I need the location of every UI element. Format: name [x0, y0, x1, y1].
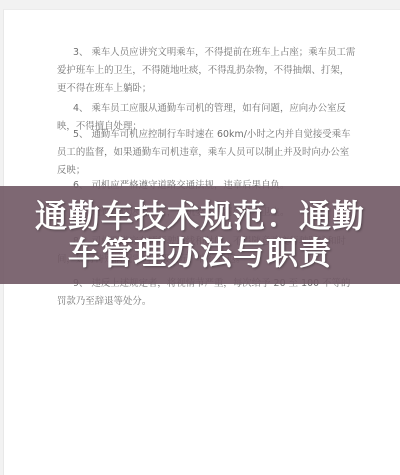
overlay-title: 通勤车技术规范：通勤 车管理办法与职责 — [0, 198, 400, 272]
paragraph-text: 通勤车司机应控制行车时速在 60km/小时之内并自觉接受乘车员工的监督，如果通勤… — [57, 129, 351, 176]
document-viewer: 3、乘车人员应讲究文明乘车，不得提前在班车上占座；乘车员工需爱护班车上的卫生，不… — [0, 0, 400, 475]
paragraph-number: 5、 — [73, 129, 88, 140]
paragraph-number: 3、 — [73, 47, 88, 58]
overlay-title-line-2: 车管理办法与职责 — [0, 235, 400, 272]
title-overlay-banner: 通勤车技术规范：通勤 车管理办法与职责 — [0, 186, 400, 284]
paragraph-5: 5、通勤车司机应控制行车时速在 60km/小时之内并自觉接受乘车员工的监督，如果… — [57, 126, 357, 180]
paragraph-text: 乘车人员应讲究文明乘车，不得提前在班车上占座；乘车员工需爱护班车上的卫生，不得随… — [57, 47, 355, 94]
paragraph-3: 3、乘车人员应讲究文明乘车，不得提前在班车上占座；乘车员工需爱护班车上的卫生，不… — [57, 44, 357, 98]
paragraph-number: 4、 — [73, 103, 88, 114]
overlay-title-line-1: 通勤车技术规范：通勤 — [0, 198, 400, 235]
